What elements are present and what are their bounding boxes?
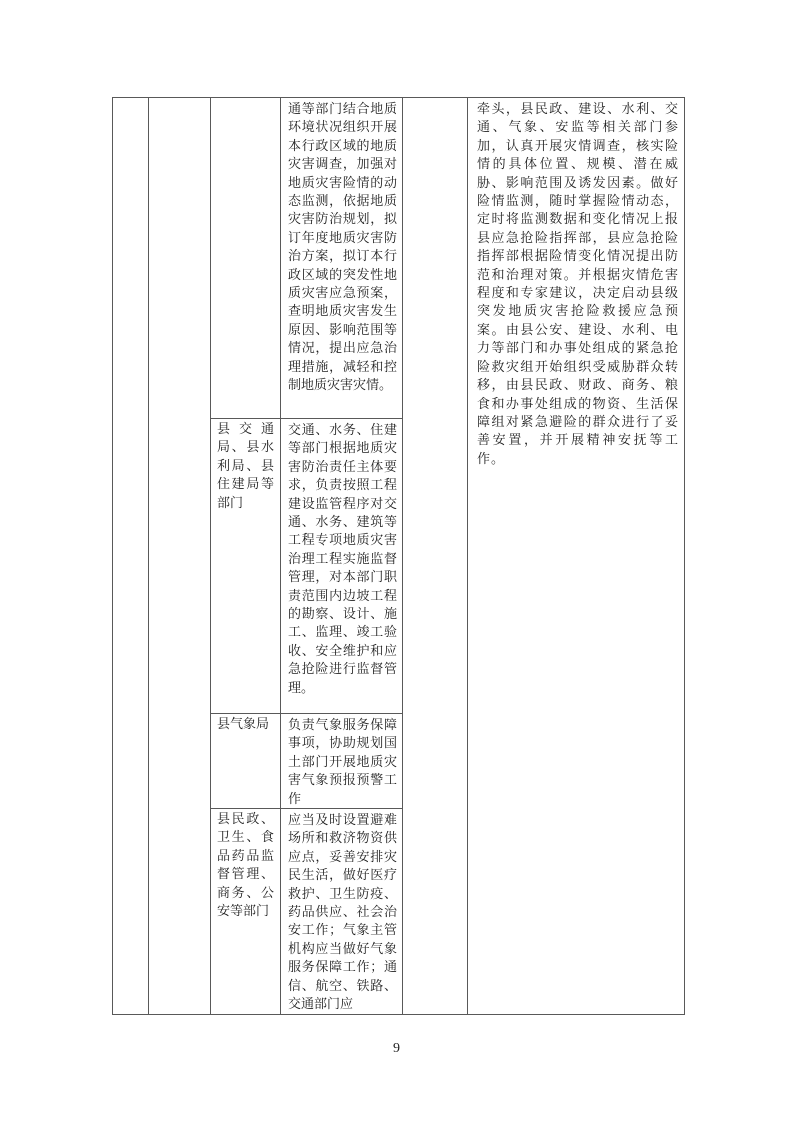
empty-column-5-cell (403, 98, 468, 1015)
responsibility-table: 通等部门结合地质环境状况组织开展本行政区域的地质灾害调查，加强对地质灾害险情的动… (112, 97, 685, 1015)
duty-text-row1: 通等部门结合地质环境状况组织开展本行政区域的地质灾害调查，加强对地质灾害险情的动… (288, 100, 397, 395)
empty-column-1-cell (113, 98, 149, 1015)
duty-text-row3: 负责气象服务保障事项，协助规划国土部门开展地质灾害气象预报预警工作 (288, 716, 397, 808)
duty-text-row4: 应当及时设置避难场所和救济物资供应点，妥善安排灾民生活，做好医疗救护、卫生防疫、… (288, 811, 397, 1013)
duty-text-row2: 交通、水务、住建等部门根据地质灾害防治责任主体要求，负责按照工程建设监管程序对交… (288, 421, 397, 697)
department-text-row3: 县气象局 (217, 715, 274, 733)
remark-text: 牵头，县民政、建设、水利、交通、气象、安监等相关部门参加，认真开展灾情调查，核实… (477, 100, 679, 468)
department-text-row4: 县民政、卫生、食品药品监督管理、商务、公安等部门 (217, 810, 274, 920)
document-page: 通等部门结合地质环境状况组织开展本行政区域的地质灾害调查，加强对地质灾害险情的动… (0, 0, 793, 1122)
department-cell-row2: 县交通局、县水利局、县住建局等部门 (211, 419, 281, 714)
department-cell-row3: 县气象局 (211, 714, 281, 809)
duty-cell-row1: 通等部门结合地质环境状况组织开展本行政区域的地质灾害调查，加强对地质灾害险情的动… (281, 98, 403, 419)
department-text-row2: 县交通局、县水利局、县住建局等部门 (217, 420, 274, 512)
page-number: 9 (0, 1041, 793, 1057)
empty-column-2-cell (149, 98, 211, 1015)
department-cell-row4: 县民政、卫生、食品药品监督管理、商务、公安等部门 (211, 809, 281, 1014)
duty-cell-row2: 交通、水务、住建等部门根据地质灾害防治责任主体要求，负责按照工程建设监管程序对交… (281, 419, 403, 714)
department-cell-row1 (211, 98, 281, 419)
duty-cell-row4: 应当及时设置避难场所和救济物资供应点，妥善安排灾民生活，做好医疗救护、卫生防疫、… (281, 809, 403, 1014)
duty-cell-row3: 负责气象服务保障事项，协助规划国土部门开展地质灾害气象预报预警工作 (281, 714, 403, 809)
table-row: 通等部门结合地质环境状况组织开展本行政区域的地质灾害调查，加强对地质灾害险情的动… (113, 98, 685, 419)
remark-cell: 牵头，县民政、建设、水利、交通、气象、安监等相关部门参加，认真开展灾情调查，核实… (468, 98, 685, 1015)
